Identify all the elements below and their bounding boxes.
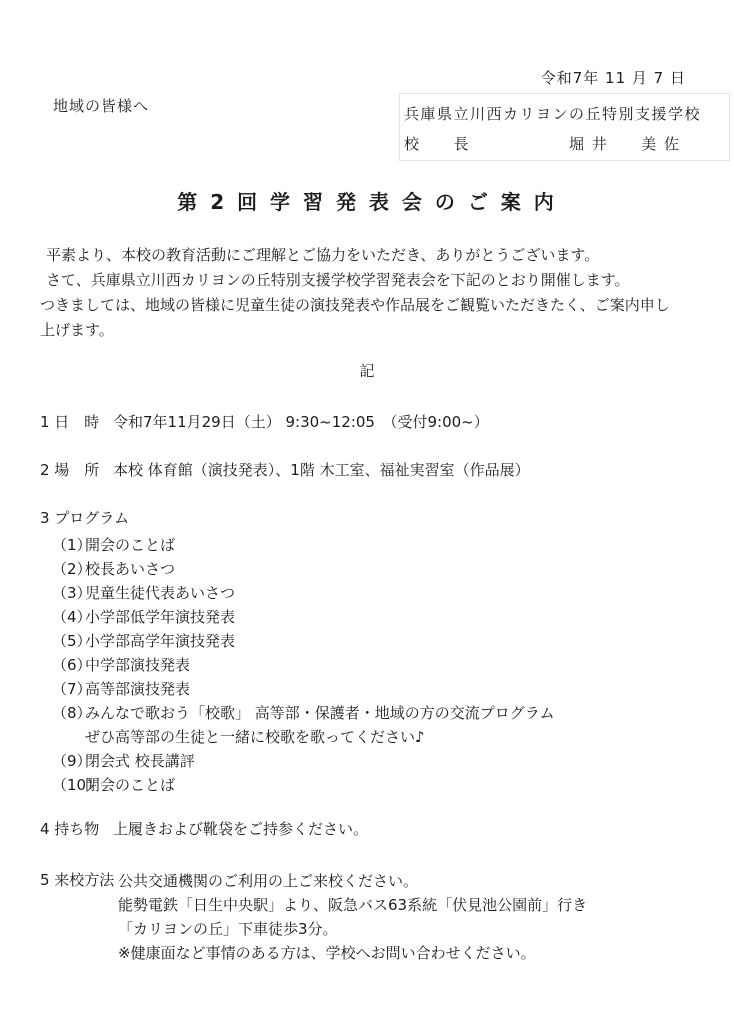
greeting-line: つきましては、地域の皆様に児童生徒の演技発表や作品展をご観覧いただきたく、ご案内… bbox=[40, 293, 714, 318]
access-line: 公共交通機関のご利用の上ご来校ください。 bbox=[118, 869, 587, 893]
school-name: 兵庫県立川西カリヨンの丘特別支援学校 bbox=[404, 99, 729, 129]
program-item-text: みんなで歌おう「校歌」 高等部・保護者・地域の方の交流プログラム bbox=[85, 704, 555, 722]
program-item-text: 閉会式 校長講評 bbox=[85, 752, 195, 770]
program-list: （1）開会のことば （2）校長あいさつ （3）児童生徒代表あいさつ （4）小学部… bbox=[52, 533, 555, 797]
greeting-paragraph: 平素より、本校の教育活動にご理解とご協力をいただき、ありがとうございます。 さて… bbox=[40, 243, 714, 343]
item-date-label: 1 日 時 bbox=[40, 411, 113, 432]
access-line: 能勢電鉄「日生中央駅」より、阪急バス63系統「伏見池公園前」行き bbox=[118, 893, 587, 917]
program-item-text: 開会のことば bbox=[85, 536, 175, 554]
program-item-text: 中学部演技発表 bbox=[85, 656, 190, 674]
greeting-line: 上げます。 bbox=[40, 318, 714, 343]
program-item-text: 高等部演技発表 bbox=[85, 680, 190, 698]
program-item-number: （9） bbox=[52, 749, 85, 773]
item-belongings-label: 4 持ち物 bbox=[40, 818, 113, 839]
access-line: ※健康面など事情のある方は、学校へお問い合わせください。 bbox=[118, 941, 587, 965]
item-date: 1 日 時令和7年11月29日（土） 9:30~12:05 （受付9:00~） bbox=[40, 411, 489, 432]
program-item-text: 校長あいさつ bbox=[85, 560, 175, 578]
item-belongings-content: 上履きおよび靴袋をご持参ください。 bbox=[113, 820, 368, 838]
program-item-text: 閉会のことば bbox=[85, 776, 175, 794]
program-item-number: （1） bbox=[52, 533, 85, 557]
program-item: （4）小学部低学年演技発表 bbox=[52, 605, 555, 629]
date-line: 令和7年 11 月 7 日 bbox=[541, 67, 686, 88]
program-item: （7）高等部演技発表 bbox=[52, 677, 555, 701]
item-access-lines: 公共交通機関のご利用の上ご来校ください。 能勢電鉄「日生中央駅」より、阪急バス6… bbox=[118, 869, 587, 965]
recipient: 地域の皆様へ bbox=[53, 95, 149, 116]
program-item-number: （8） bbox=[52, 701, 85, 725]
item-program-heading: 3 プログラム bbox=[40, 507, 129, 528]
program-item: （6）中学部演技発表 bbox=[52, 653, 555, 677]
item-place: 2 場 所本校 体育館（演技発表）、1階 木工室、福祉実習室（作品展） bbox=[40, 459, 530, 480]
program-item: （3）児童生徒代表あいさつ bbox=[52, 581, 555, 605]
record-marker: 記 bbox=[0, 360, 734, 381]
program-item-number: （3） bbox=[52, 581, 85, 605]
program-item-number: （6） bbox=[52, 653, 85, 677]
item-place-content: 本校 体育館（演技発表）、1階 木工室、福祉実習室（作品展） bbox=[113, 461, 530, 479]
program-item-text: 小学部高学年演技発表 bbox=[85, 632, 235, 650]
program-item-text: 小学部低学年演技発表 bbox=[85, 608, 235, 626]
program-item-number: （5） bbox=[52, 629, 85, 653]
page-title: 第 2 回 学 習 発 表 会 の ご 案 内 bbox=[0, 186, 734, 215]
item-date-content: 令和7年11月29日（土） 9:30~12:05 （受付9:00~） bbox=[113, 413, 489, 431]
program-item-number: （7） bbox=[52, 677, 85, 701]
program-item: （5）小学部高学年演技発表 bbox=[52, 629, 555, 653]
item-access: 5 来校方法 公共交通機関のご利用の上ご来校ください。 能勢電鉄「日生中央駅」よ… bbox=[40, 869, 587, 965]
principal-line: 校 長 堀 井 美 佐 bbox=[404, 129, 729, 159]
access-line: 「カリヨンの丘」下車徒歩3分。 bbox=[118, 917, 587, 941]
item-place-label: 2 場 所 bbox=[40, 459, 113, 480]
program-item-number: （4） bbox=[52, 605, 85, 629]
greeting-line: さて、兵庫県立川西カリヨンの丘特別支援学校学習発表会を下記のとおり開催します。 bbox=[40, 268, 714, 293]
document-page: 令和7年 11 月 7 日 地域の皆様へ 兵庫県立川西カリヨンの丘特別支援学校 … bbox=[0, 0, 734, 1025]
program-item-text: 児童生徒代表あいさつ bbox=[85, 584, 235, 602]
program-item: （9）閉会式 校長講評 bbox=[52, 749, 555, 773]
program-item: （10）閉会のことば bbox=[52, 773, 555, 797]
sender-box: 兵庫県立川西カリヨンの丘特別支援学校 校 長 堀 井 美 佐 bbox=[399, 93, 730, 161]
program-item: （2）校長あいさつ bbox=[52, 557, 555, 581]
program-item-number: （2） bbox=[52, 557, 85, 581]
program-item-number: （10） bbox=[52, 773, 85, 797]
item-access-label: 5 来校方法 bbox=[40, 869, 118, 890]
item-belongings: 4 持ち物上履きおよび靴袋をご持参ください。 bbox=[40, 818, 368, 839]
greeting-line: 平素より、本校の教育活動にご理解とご協力をいただき、ありがとうございます。 bbox=[40, 243, 714, 268]
program-item: （1）開会のことば bbox=[52, 533, 555, 557]
program-item-note: ぜひ高等部の生徒と一緒に校歌を歌ってください♪ bbox=[85, 725, 555, 749]
program-item: （8）みんなで歌おう「校歌」 高等部・保護者・地域の方の交流プログラム bbox=[52, 701, 555, 725]
